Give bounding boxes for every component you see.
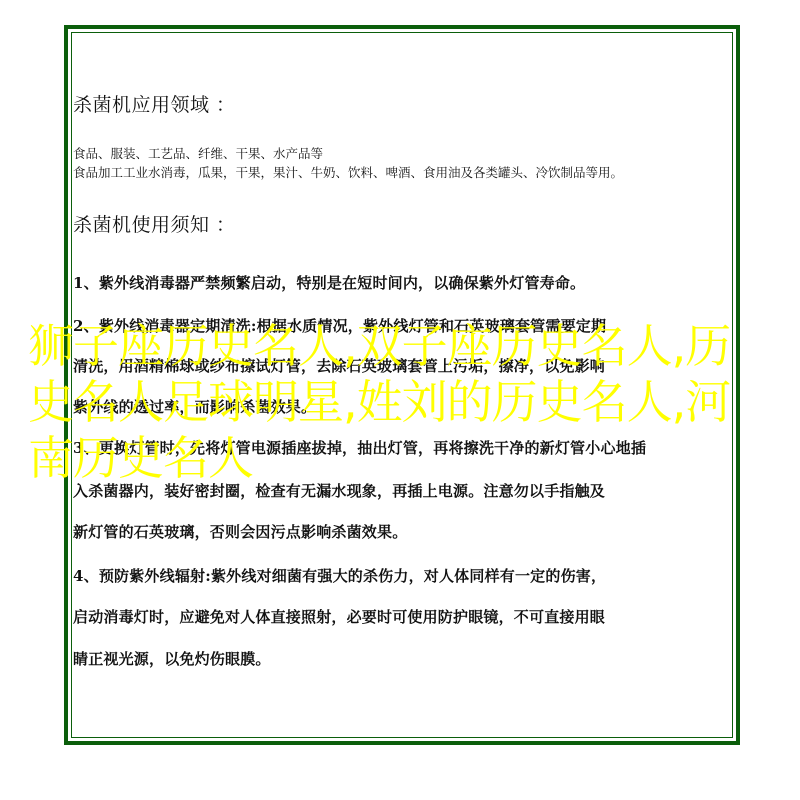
usage-line-6: 入杀菌器内，装好密封圈，检查有无漏水现象，再插上电源。注意勿以手指触及 <box>73 480 605 501</box>
usage-line-1: 1、紫外线消毒器严禁频繁启动，特别是在短时间内，以确保紫外灯管寿命。 <box>73 272 585 293</box>
usage-line-2: 2、紫外线消毒器定期清洗:根据水质情况，紫外线灯管和石英玻璃套管需要定期 <box>73 315 606 336</box>
usage-line-7: 新灯管的石英玻璃，否则会因污点影响杀菌效果。 <box>73 521 407 542</box>
usage-line-8: 4、预防紫外线辐射:紫外线对细菌有强大的杀伤力，对人体同样有一定的伤害， <box>73 565 606 586</box>
usage-line-3: 清洗，用酒精棉球或纱布擦试灯管，去除石英玻璃套管上污垢，擦净，以免影响 <box>73 355 605 376</box>
usage-line-9: 启动消毒灯时，应避免对人体直接照射，必要时可使用防护眼镜，不可直接用眼 <box>73 606 605 627</box>
page-border-inner <box>71 32 733 738</box>
applications-line-1: 食品、服装、工艺品、纤维、干果、水产品等 <box>73 144 323 162</box>
page-border <box>64 25 740 745</box>
heading-usage-notes: 杀菌机使用须知 ： <box>73 210 236 237</box>
applications-line-2: 食品加工工业水消毒，瓜果，干果，果汁、牛奶、饮料、啤酒、食用油及各类罐头、冷饮制… <box>73 163 623 181</box>
usage-line-4: 紫外线的透过率，而影响杀菌效果。 <box>73 396 316 417</box>
usage-line-10: 睛正视光源，以免灼伤眼膜。 <box>73 648 271 669</box>
usage-line-5: 3、更换灯管时，先将灯管电源插座拔掉，抽出灯管，再将擦洗干净的新灯管小心地插 <box>73 437 646 458</box>
heading-applications: 杀菌机应用领域 ： <box>73 90 236 117</box>
